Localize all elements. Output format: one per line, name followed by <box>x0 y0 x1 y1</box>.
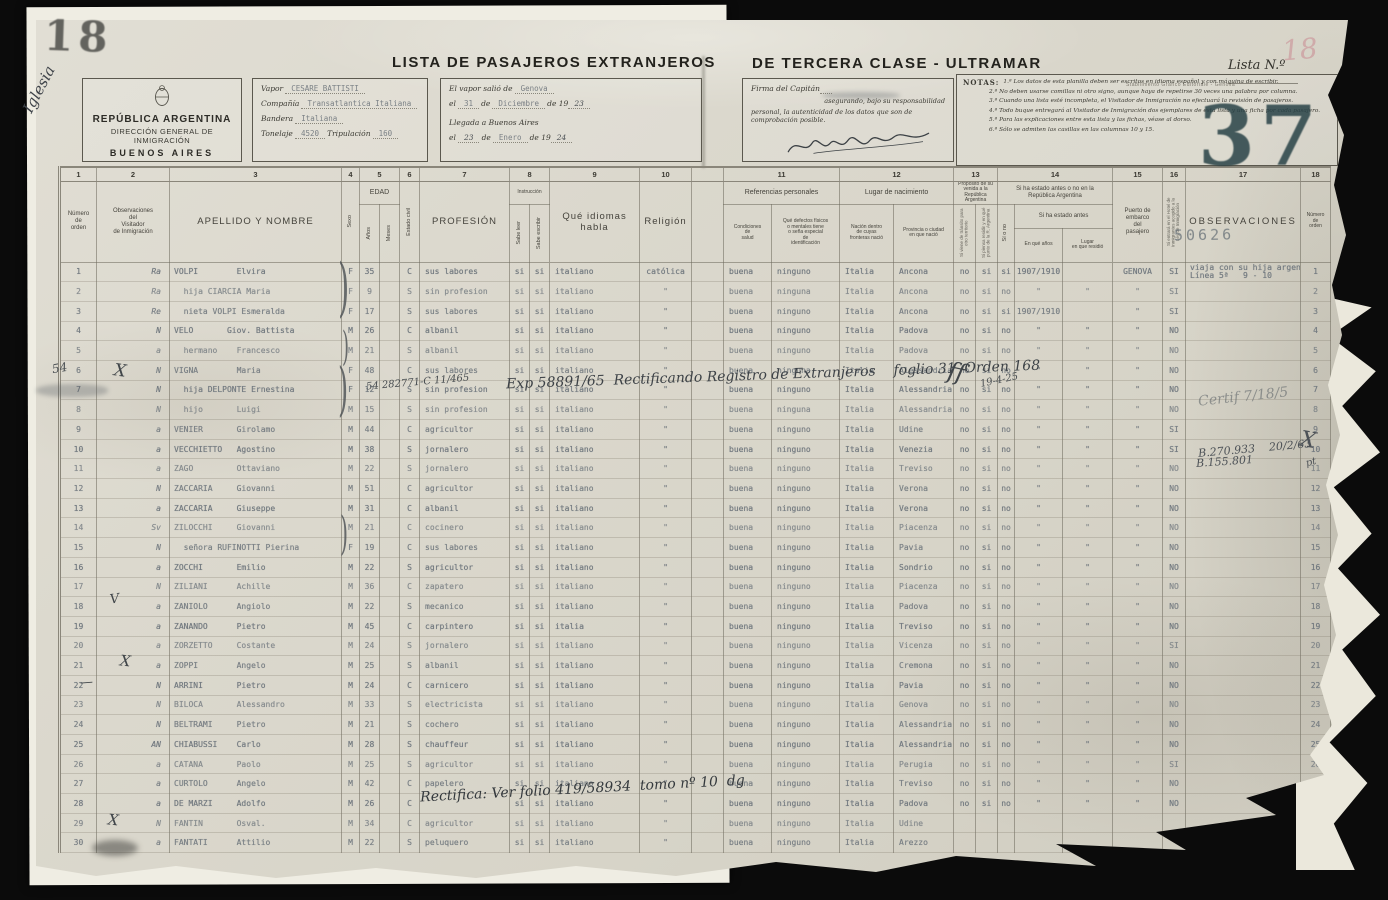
cell-religion: " <box>640 321 692 341</box>
cell-purpose-b: si <box>976 459 998 479</box>
cell-visitor-mark: a <box>97 420 170 440</box>
cell-purpose-a <box>954 813 976 833</box>
cell-defects: ninguno <box>772 695 840 715</box>
nota-item: 4.ª Todo buque entregará al Visitador de… <box>989 107 1331 117</box>
cell-hotel: NO <box>1163 557 1186 577</box>
cell-residence: " <box>1063 518 1113 538</box>
cell-purpose-a: no <box>954 715 976 735</box>
header-puerto-embarco: Puerto de embarco del pasajero <box>1113 181 1163 262</box>
nota-item: 3.ª Cuando una lista esté incompleta, el… <box>989 97 1331 107</box>
cell-religion: " <box>640 675 692 695</box>
table-row: 1RaVOLPI ElviraF35Csus laboressisiitalia… <box>60 262 1331 282</box>
cell-purpose-b: si <box>976 695 998 715</box>
cell-visitor-mark: N <box>97 577 170 597</box>
cell-sex: M <box>342 813 360 833</box>
cell-religion: " <box>640 636 692 656</box>
cell-residence: " <box>1063 715 1113 735</box>
column-number-11: 11 <box>724 167 840 181</box>
page-title-right: DE TERCERA CLASE - ULTRAMAR <box>752 55 1042 72</box>
cell-health: buena <box>724 262 772 282</box>
cell-hotel: NO <box>1163 774 1186 794</box>
cell-purpose-a: no <box>954 380 976 400</box>
cell-nation: Italia <box>840 360 894 380</box>
cell-writes: si <box>530 439 550 459</box>
cell-province: Treviso <box>894 459 954 479</box>
cell-province: Alessandria <box>894 380 954 400</box>
cell-been-before: si <box>998 301 1015 321</box>
cell-religion: " <box>640 813 692 833</box>
cell-name: VIGNA Maria <box>170 360 342 380</box>
de-label: de <box>481 99 490 108</box>
cell-order-number-2: 13 <box>1301 498 1331 518</box>
cell-age-years: 25 <box>360 754 380 774</box>
cell-embark-port: " <box>1113 479 1163 499</box>
cell-sex: M <box>342 735 360 755</box>
cell-visitor-mark: a <box>97 774 170 794</box>
cell-spacer <box>692 321 724 341</box>
cell-hotel: NO <box>1163 715 1186 735</box>
cell-order-number-2: 2 <box>1301 282 1331 302</box>
cell-civil-status: S <box>400 695 420 715</box>
cell-sex: M <box>342 794 360 814</box>
cell-age-years: 34 <box>360 813 380 833</box>
cell-sex: M <box>342 656 360 676</box>
cell-residence: " <box>1063 616 1113 636</box>
cell-purpose-b: si <box>976 794 998 814</box>
cell-years-before <box>1015 813 1063 833</box>
cell-order-number-2: 24 <box>1301 715 1331 735</box>
cell-civil-status: S <box>400 341 420 361</box>
cell-visitor-mark: a <box>97 616 170 636</box>
cell-been-before: no <box>998 597 1015 617</box>
cell-visitor-mark: N <box>97 538 170 558</box>
cell-reads: si <box>510 420 530 440</box>
cell-residence <box>1063 833 1113 853</box>
cell-observations <box>1186 715 1301 735</box>
cell-profession: sus labores <box>420 301 510 321</box>
cell-writes: si <box>530 538 550 558</box>
nota-item: 5.ª Para las explicaciones entre esta li… <box>989 116 1331 126</box>
cell-province: Udine <box>894 813 954 833</box>
cell-order-number: 23 <box>60 695 97 715</box>
cell-order-number: 30 <box>60 833 97 853</box>
cell-spacer <box>692 262 724 282</box>
cell-sex: M <box>342 577 360 597</box>
cell-name: hermano Francesco <box>170 341 342 361</box>
cell-defects: ninguno <box>772 715 840 735</box>
cell-observations <box>1186 321 1301 341</box>
cell-religion: " <box>640 754 692 774</box>
cell-hotel: NO <box>1163 794 1186 814</box>
header-edad: EDAD <box>360 181 400 204</box>
cell-embark-port: " <box>1113 774 1163 794</box>
cell-spacer <box>692 695 724 715</box>
cell-health: buena <box>724 479 772 499</box>
cell-defects: ninguno <box>772 813 840 833</box>
cell-civil-status: C <box>400 774 420 794</box>
captain-signature <box>782 124 933 163</box>
cell-reads: si <box>510 833 530 853</box>
nota-item: 1.ª Los datos de esta planilla deben ser… <box>1003 78 1331 88</box>
cell-writes: si <box>530 833 550 853</box>
cell-sex: F <box>342 262 360 282</box>
cell-spacer <box>692 400 724 420</box>
cell-religion: católica <box>640 262 692 282</box>
cell-religion: " <box>640 616 692 636</box>
cell-religion: " <box>640 400 692 420</box>
cell-language: italiano <box>550 321 640 341</box>
cell-defects: ninguno <box>772 479 840 499</box>
cell-defects: ninguno <box>772 833 840 853</box>
cell-years-before: " <box>1015 479 1063 499</box>
cell-order-number: 20 <box>60 636 97 656</box>
cell-language: italiano <box>550 695 640 715</box>
cell-hotel: SI <box>1163 636 1186 656</box>
cell-hotel: NO <box>1163 498 1186 518</box>
header-si-o-no: Sí o no <box>998 204 1015 262</box>
cell-health: buena <box>724 400 772 420</box>
header-proposito: Propósito de su venida a la República Ar… <box>954 181 998 204</box>
cell-visitor-mark: a <box>97 439 170 459</box>
cell-civil-status: S <box>400 459 420 479</box>
cell-nation: Italia <box>840 498 894 518</box>
table-row: 2Ra hija CIARCIA MariaF9Ssin profesionsi… <box>60 282 1331 302</box>
cell-years-before: " <box>1015 794 1063 814</box>
cell-defects: ninguno <box>772 754 840 774</box>
cell-age-months <box>380 813 400 833</box>
cell-writes: si <box>530 459 550 479</box>
cell-residence: " <box>1063 794 1113 814</box>
cell-purpose-a: no <box>954 675 976 695</box>
cell-hotel: NO <box>1163 577 1186 597</box>
cell-defects: ninguno <box>772 321 840 341</box>
column-number-14: 14 <box>998 167 1113 181</box>
cell-observations <box>1186 695 1301 715</box>
column-number-2: 2 <box>97 167 170 181</box>
cell-religion: " <box>640 774 692 794</box>
cell-profession: agricultor <box>420 479 510 499</box>
table-row: 17NZILIANI AchilleM36Czapaterosisiitalia… <box>60 577 1331 597</box>
cell-residence: " <box>1063 538 1113 558</box>
cell-age-months <box>380 341 400 361</box>
cell-age-years: 25 <box>360 656 380 676</box>
table-row: 13aZACCARIA GiuseppeM31Calbanilsisiitali… <box>60 498 1331 518</box>
argentina-coat-of-arms-icon <box>152 83 172 107</box>
cell-years-before: 1907/1910 <box>1015 262 1063 282</box>
cell-been-before: no <box>998 656 1015 676</box>
cell-residence: " <box>1063 656 1113 676</box>
cell-age-months <box>380 321 400 341</box>
cell-religion: " <box>640 360 692 380</box>
cell-civil-status: S <box>400 597 420 617</box>
cell-province: Pavia <box>894 538 954 558</box>
cell-spacer <box>692 833 724 853</box>
table-row: 26aCATANA PaoloM25Sagricultorsisiitalian… <box>60 754 1331 774</box>
cell-age-years: 15 <box>360 400 380 420</box>
cell-sex: M <box>342 439 360 459</box>
cell-religion: " <box>640 459 692 479</box>
cell-purpose-b: si <box>976 420 998 440</box>
cell-purpose-b: si <box>976 360 998 380</box>
el-label: el <box>449 99 456 108</box>
cell-sex: M <box>342 498 360 518</box>
cell-health: buena <box>724 439 772 459</box>
cell-visitor-mark: a <box>97 833 170 853</box>
cell-civil-status: C <box>400 479 420 499</box>
cell-language: italiano <box>550 380 640 400</box>
cell-province: Alessandria <box>894 400 954 420</box>
cell-age-years: 21 <box>360 341 380 361</box>
cell-reads: si <box>510 341 530 361</box>
cell-sex: F <box>342 538 360 558</box>
cell-age-years: 22 <box>360 833 380 853</box>
cell-province: Sondrio <box>894 557 954 577</box>
cell-been-before: no <box>998 794 1015 814</box>
cell-sex: M <box>342 341 360 361</box>
cell-writes: si <box>530 420 550 440</box>
firma-line <box>820 84 832 94</box>
cell-civil-status: C <box>400 360 420 380</box>
cell-civil-status: S <box>400 400 420 420</box>
cell-reads: si <box>510 616 530 636</box>
cell-visitor-mark: N <box>97 380 170 400</box>
cell-reads: si <box>510 577 530 597</box>
table-row: 12NZACCARIA GiovanniM51Cagricultorsisiit… <box>60 479 1331 499</box>
cell-language: italiano <box>550 262 640 282</box>
cell-spacer <box>692 479 724 499</box>
table-header: 123456789101112131415161718 Número de or… <box>60 167 1331 262</box>
header-provincia: Provincia o ciudad en que nació <box>894 204 954 262</box>
cell-order-number-2: 6 <box>1301 360 1331 380</box>
cell-name: ZACCARIA Giuseppe <box>170 498 342 518</box>
cell-embark-port: " <box>1113 360 1163 380</box>
column-number-8: 8 <box>510 167 550 181</box>
cell-purpose-b: si <box>976 675 998 695</box>
cell-language: italiano <box>550 833 640 853</box>
cell-order-number-2: 9 <box>1301 420 1331 440</box>
cell-age-years: 9 <box>360 282 380 302</box>
cell-observations <box>1186 794 1301 814</box>
cell-name: ZILOCCHI Giovanni <box>170 518 342 538</box>
cell-spacer <box>692 498 724 518</box>
cell-writes: si <box>530 675 550 695</box>
cell-been-before <box>998 813 1015 833</box>
cell-been-before: no <box>998 420 1015 440</box>
cell-been-before: no <box>998 518 1015 538</box>
cell-purpose-a: no <box>954 420 976 440</box>
cell-purpose-b: si <box>976 400 998 420</box>
cell-order-number: 18 <box>60 597 97 617</box>
cell-defects: ninguno <box>772 774 840 794</box>
cell-visitor-mark: N <box>97 479 170 499</box>
cell-language: italiano <box>550 479 640 499</box>
captain-text-1: asegurando, bajo su responsabilidad <box>751 97 945 105</box>
cell-been-before: no <box>998 400 1015 420</box>
cell-years-before: " <box>1015 656 1063 676</box>
cell-defects: ninguno <box>772 498 840 518</box>
cell-sex: M <box>342 557 360 577</box>
captain-text-2: personal, la autenticidad de los datos q… <box>751 108 945 124</box>
cell-purpose-b: si <box>976 754 998 774</box>
cell-nation: Italia <box>840 557 894 577</box>
cell-sex: M <box>342 400 360 420</box>
cell-age-months <box>380 557 400 577</box>
cell-spacer <box>692 715 724 735</box>
cell-defects: ninguno <box>772 616 840 636</box>
cell-residence: " <box>1063 420 1113 440</box>
cell-writes: si <box>530 380 550 400</box>
cell-age-months <box>380 439 400 459</box>
cell-purpose-a: no <box>954 262 976 282</box>
cell-reads: si <box>510 380 530 400</box>
cell-spacer <box>692 360 724 380</box>
cell-spacer <box>692 557 724 577</box>
cell-order-number: 21 <box>60 656 97 676</box>
cell-years-before: " <box>1015 380 1063 400</box>
cell-profession: mecanico <box>420 597 510 617</box>
cell-order-number: 2 <box>60 282 97 302</box>
cell-age-years: 38 <box>360 439 380 459</box>
cell-observations <box>1186 420 1301 440</box>
cell-age-months <box>380 754 400 774</box>
cell-residence <box>1063 262 1113 282</box>
cell-age-months <box>380 636 400 656</box>
cell-writes: si <box>530 695 550 715</box>
cell-visitor-mark: a <box>97 754 170 774</box>
cell-sex: F <box>342 301 360 321</box>
cell-language: italiano <box>550 301 640 321</box>
cell-order-number: 4 <box>60 321 97 341</box>
cell-health: buena <box>724 321 772 341</box>
cell-hotel <box>1163 813 1186 833</box>
passenger-table: 123456789101112131415161718 Número de or… <box>58 166 1331 853</box>
table-row: 6NVIGNA MariaF48Csus laboressisiitaliano… <box>60 360 1331 380</box>
cell-embark-port: " <box>1113 616 1163 636</box>
cell-profession: sin profesion <box>420 282 510 302</box>
cell-name: VECCHIETTO Agostino <box>170 439 342 459</box>
cell-civil-status: S <box>400 754 420 774</box>
cell-been-before: no <box>998 735 1015 755</box>
header-sabe-leer: Sabe leer <box>510 204 530 262</box>
notas-list: 1.ª Los datos de esta planilla deben ser… <box>963 78 1331 135</box>
cell-purpose-a: no <box>954 301 976 321</box>
cell-sex: F <box>342 380 360 400</box>
cell-name: BELTRAMI Pietro <box>170 715 342 735</box>
table-row: 9aVENIER GirolamoM44Cagricultorsisiitali… <box>60 420 1331 440</box>
cell-province: Treviso <box>894 616 954 636</box>
cell-writes: si <box>530 616 550 636</box>
cell-health: buena <box>724 459 772 479</box>
salida-month-value: Diciembre <box>492 99 545 109</box>
column-number-5: 5 <box>360 167 400 181</box>
cell-name: ZOCCHI Emilio <box>170 557 342 577</box>
cell-embark-port: " <box>1113 518 1163 538</box>
cell-spacer <box>692 597 724 617</box>
cell-writes: si <box>530 321 550 341</box>
cell-reads: si <box>510 498 530 518</box>
cell-civil-status: S <box>400 735 420 755</box>
cell-residence: " <box>1063 557 1113 577</box>
header-sabe-escribir: Sabe escribir <box>530 204 550 262</box>
cell-years-before: " <box>1015 774 1063 794</box>
cell-defects: ninguno <box>772 380 840 400</box>
cell-years-before: " <box>1015 557 1063 577</box>
cell-writes: si <box>530 557 550 577</box>
cell-nation: Italia <box>840 616 894 636</box>
notas-box: NOTAS: 1.ª Los datos de esta planilla de… <box>956 74 1338 166</box>
cell-nation: Italia <box>840 675 894 695</box>
cell-purpose-b: si <box>976 321 998 341</box>
cell-sex: M <box>342 833 360 853</box>
cell-age-years: 21 <box>360 518 380 538</box>
cell-purpose-a: no <box>954 695 976 715</box>
cell-years-before: " <box>1015 754 1063 774</box>
cell-years-before: " <box>1015 675 1063 695</box>
cell-nation: Italia <box>840 754 894 774</box>
cell-reads: si <box>510 597 530 617</box>
column-number-spacer <box>692 167 724 181</box>
cell-observations <box>1186 439 1301 459</box>
cell-language: italiano <box>550 400 640 420</box>
cell-civil-status: C <box>400 321 420 341</box>
header-referencias: Referencias personales <box>724 181 840 204</box>
cell-name: CATANA Paolo <box>170 754 342 774</box>
cell-been-before: no <box>998 498 1015 518</box>
cell-province: Ancona <box>894 262 954 282</box>
nota-item: 2.ª No deben usarse comillas ni otro sig… <box>989 88 1331 98</box>
table-row: 11aZAGO OttavianoM22Sjornalerosisiitalia… <box>60 459 1331 479</box>
cell-language: italiano <box>550 577 640 597</box>
cell-spacer <box>692 813 724 833</box>
cell-reads: si <box>510 813 530 833</box>
cell-reads: si <box>510 557 530 577</box>
cell-name: FANTATI Attilio <box>170 833 342 853</box>
cell-order-number-2: 8 <box>1301 400 1331 420</box>
cell-language: italiano <box>550 813 640 833</box>
cell-embark-port: GENOVA <box>1113 262 1163 282</box>
cell-hotel: NO <box>1163 735 1186 755</box>
cell-embark-port: " <box>1113 794 1163 814</box>
header-defectos: Qué defectos físicos o mentales tiene o … <box>772 204 840 262</box>
cell-language: italiano <box>550 341 640 361</box>
cell-writes: si <box>530 597 550 617</box>
cell-defects: ninguno <box>772 597 840 617</box>
cell-spacer <box>692 735 724 755</box>
cell-reads: si <box>510 360 530 380</box>
cell-age-years: 42 <box>360 774 380 794</box>
salida-port-value: Genova <box>515 84 554 94</box>
cell-profession: cochero <box>420 715 510 735</box>
cell-order-number: 8 <box>60 400 97 420</box>
cell-sex: F <box>342 360 360 380</box>
cell-age-months <box>380 715 400 735</box>
cell-age-years: 17 <box>360 301 380 321</box>
cell-age-years: 26 <box>360 794 380 814</box>
cell-nation: Italia <box>840 656 894 676</box>
llegada-month-value: Enero <box>493 133 528 143</box>
cell-civil-status: C <box>400 498 420 518</box>
cell-been-before: si <box>998 262 1015 282</box>
cell-embark-port: " <box>1113 321 1163 341</box>
header-apellido-nombre: APELLIDO Y NOMBRE <box>170 181 342 262</box>
cell-health: buena <box>724 735 772 755</box>
header-lugar-nacimiento: Lugar de nacimiento <box>840 181 954 204</box>
cell-purpose-a: no <box>954 774 976 794</box>
cell-nation: Italia <box>840 439 894 459</box>
cell-residence: " <box>1063 341 1113 361</box>
cell-civil-status: S <box>400 636 420 656</box>
table-row: 21aZOPPI AngeloM25Salbanilsisiitaliano"b… <box>60 656 1331 676</box>
